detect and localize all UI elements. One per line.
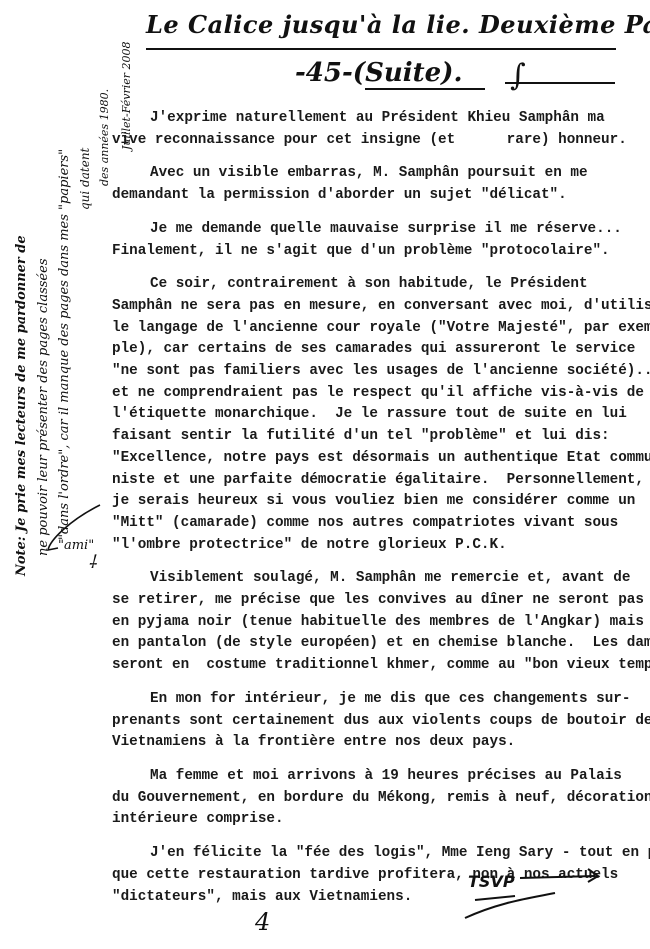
margin-note-line-5: des années 1980. [98,89,111,186]
paragraph: J'exprime naturellement au Président Khi… [112,108,642,151]
page-number-label: -45-(Suite). [295,58,463,88]
text-line: prenants sont certainement dus aux viole… [112,711,642,733]
text-line: intérieure comprise. [112,809,642,831]
text-line: en pantalon (de style européen) et en ch… [112,633,642,655]
text-line: demandant la permission d'aborder un suj… [112,185,642,207]
text-line: Avec un visible embarras, M. Samphân pou… [112,163,642,185]
text-line: Vietnamiens à la frontière entre nos deu… [112,732,642,754]
text-line: seront en costume traditionnel khmer, co… [112,655,642,677]
text-line: niste et une parfaite démocratie égalita… [112,470,642,492]
page-mark: 4 [255,908,270,936]
tsvp-label: TSVP [468,872,515,891]
ami-mark: ⸸ [88,550,96,574]
handwritten-title: Le Calice jusqu'à la lie. Deuxième Parti… [146,10,650,39]
text-line: J'exprime naturellement au Président Khi… [112,108,642,130]
text-line: Visiblement soulagé, M. Samphân me remer… [112,568,642,590]
text-line: ple), car certains de ses camarades qui … [112,339,642,361]
text-line: Finalement, il ne s'agit que d'un problè… [112,241,642,263]
paragraph: Ma femme et moi arrivons à 19 heures pré… [112,766,642,831]
text-line: le langage de l'ancienne cour royale ("V… [112,318,642,340]
text-line: "l'ombre protectrice" de notre glorieux … [112,535,642,557]
text-line: en pyjama noir (tenue habituelle des mem… [112,612,642,634]
paragraph: Visiblement soulagé, M. Samphân me remer… [112,568,642,677]
text-line: du Gouvernement, en bordure du Mékong, r… [112,788,642,810]
text-line: et ne comprendraient pas le respect qu'i… [112,383,642,405]
paragraph: Ce soir, contrairement à son habitude, l… [112,274,642,556]
title-underline [146,48,616,50]
paragraph: En mon for intérieur, je me dis que ces … [112,689,642,754]
text-line: "ne sont pas familiers avec les usages d… [112,361,642,383]
text-line: je serais heureux si vous vouliez bien m… [112,491,642,513]
text-line: Ce soir, contrairement à son habitude, l… [112,274,642,296]
handwritten-mark: ∫ [510,58,526,93]
text-line: "Excellence, notre pays est désormais un… [112,448,642,470]
text-line: Samphân ne sera pas en mesure, en conver… [112,296,642,318]
mark-line [505,82,615,84]
margin-note-line-1: Note: Je prie mes lecteurs de me pardonn… [14,235,29,576]
text-line: En mon for intérieur, je me dis que ces … [112,689,642,711]
text-line: faisant sentir la futilité d'un tel "pro… [112,426,642,448]
paragraph: Avec un visible embarras, M. Samphân pou… [112,163,642,206]
text-line: l'étiquette monarchique. Je le rassure t… [112,404,642,426]
text-line: se retirer, me précise que les convives … [112,590,642,612]
text-line: vive reconnaissance pour cet insigne (et… [112,130,642,152]
text-line: "Mitt" (camarade) comme nos autres compa… [112,513,642,535]
text-line: Je me demande quelle mauvaise surprise i… [112,219,642,241]
text-line: Ma femme et moi arrivons à 19 heures pré… [112,766,642,788]
margin-note-line-4: qui datent [78,148,92,210]
paragraph: Je me demande quelle mauvaise surprise i… [112,219,642,262]
margin-note-line-3: "dans l'ordre", car il manque des pages … [57,149,72,540]
typed-body: J'exprime naturellement au Président Khi… [112,108,642,920]
subtitle-underline [365,88,485,90]
